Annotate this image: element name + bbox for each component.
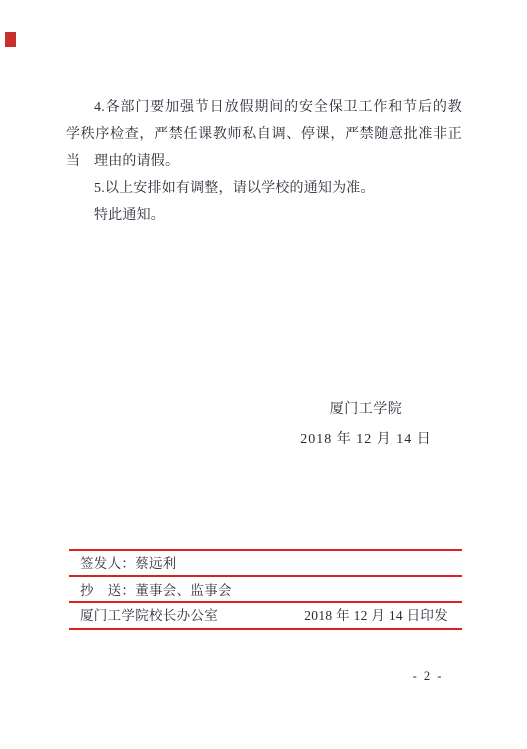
issuer-label: 签发人： (80, 556, 135, 571)
body-line-1: 4.各部门要加强节日放假期间的安全保卫工作和节后的教 (66, 94, 462, 121)
footer-rule-3 (69, 601, 462, 603)
footer-rule-2 (69, 575, 462, 577)
body-line-2: 学秩序检查，严禁任课教师私自调、停课，严禁随意批准非正当 (66, 121, 462, 148)
footer-rule-top (69, 549, 462, 551)
cc-label: 抄 送： (80, 583, 135, 598)
notice-body: 4.各部门要加强节日放假期间的安全保卫工作和节后的教 学秩序检查，严禁任课教师私… (66, 94, 462, 229)
body-line-4: 5.以上安排如有调整，请以学校的通知为准。 (66, 175, 462, 202)
footer-cc-row: 抄 送：董事会、监事会 (80, 581, 232, 601)
page-number: - 2 - (398, 668, 458, 684)
body-line-5: 特此通知。 (66, 202, 462, 229)
issuer-name: 蔡远利 (135, 556, 176, 571)
office-name: 厦门工学院校长办公室 (80, 606, 218, 626)
print-date: 2018 年 12 月 14 日印发 (304, 606, 448, 626)
signature-org-name: 厦门工学院 (276, 400, 456, 420)
footer-rule-bottom (69, 628, 462, 630)
cc-value: 董事会、监事会 (135, 583, 232, 598)
document-page: 4.各部门要加强节日放假期间的安全保卫工作和节后的教 学秩序检查，严禁任课教师私… (0, 0, 527, 749)
scan-artifact-red-mark (5, 32, 16, 47)
body-line-3: 理由的请假。 (66, 148, 462, 175)
footer-issuer-row: 签发人：蔡远利 (80, 554, 177, 574)
signature-date: 2018 年 12 月 14 日 (276, 430, 456, 450)
signature-block: 厦门工学院 2018 年 12 月 14 日 (276, 400, 456, 450)
footer-office-row: 厦门工学院校长办公室 2018 年 12 月 14 日印发 (80, 606, 448, 626)
